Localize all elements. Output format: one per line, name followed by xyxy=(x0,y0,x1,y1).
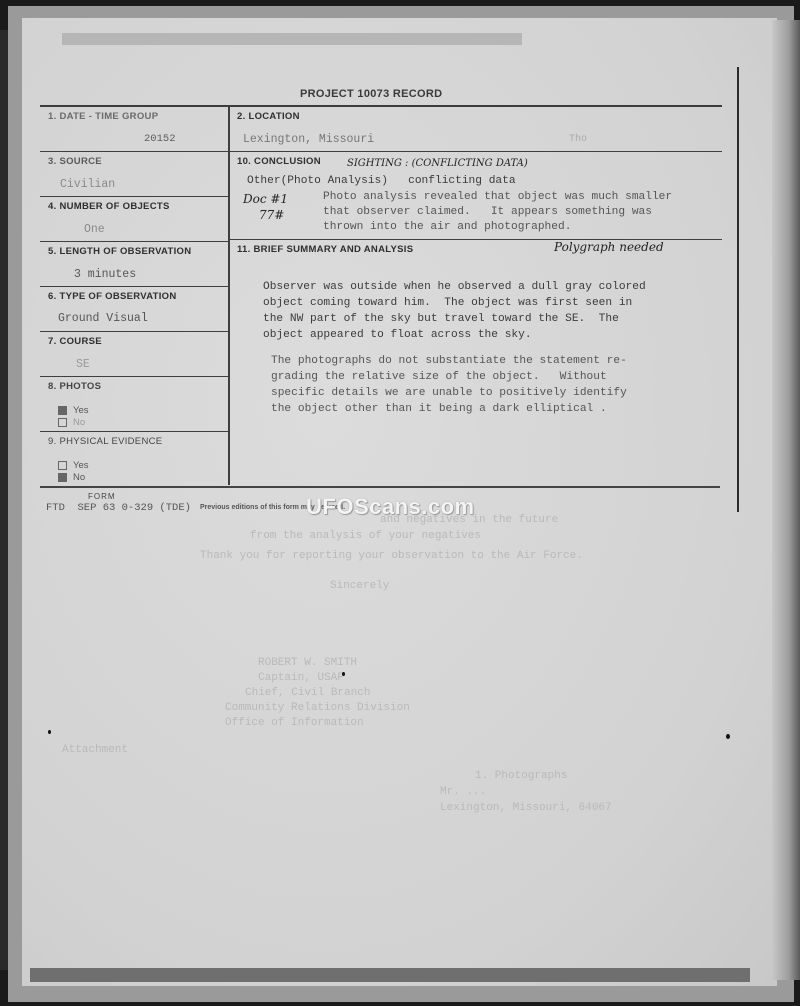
field-length-of-observation: 5. LENGTH OF OBSERVATION 3 minutes xyxy=(40,242,228,287)
summary-line: The photographs do not substantiate the … xyxy=(271,354,627,370)
photos-option-no[interactable]: No xyxy=(58,417,85,428)
field-value: Lexington, Missouri xyxy=(243,133,374,146)
summary-line: the object other than it being a dark el… xyxy=(271,402,607,418)
conclusion-line: Photo analysis revealed that object was … xyxy=(323,190,672,206)
field-date-time-group: 1. DATE - TIME GROUP 20152 xyxy=(40,107,228,152)
handwritten-margin-note: 77# xyxy=(259,208,284,222)
field-label: 2. LOCATION xyxy=(237,111,300,122)
field-label: 3. SOURCE xyxy=(48,156,102,167)
field-value: 20152 xyxy=(144,133,176,145)
page-top-shadow xyxy=(62,33,522,45)
ghost-line: Thank you for reporting your observation… xyxy=(200,548,583,564)
handwritten-margin-note: Doc #1 xyxy=(243,192,288,206)
watermark: UFOScans.com xyxy=(306,494,475,520)
form-title: PROJECT 10073 RECORD xyxy=(300,88,442,100)
ghost-attach: 1. Photographs xyxy=(475,768,567,784)
photos-option-yes[interactable]: Yes xyxy=(58,405,89,416)
ghost-line: Sincerely xyxy=(330,578,389,594)
form-number: FTD SEP 63 0-329 (TDE) xyxy=(46,502,191,514)
conclusion-line: Other(Photo Analysis) conflicting data xyxy=(247,174,516,190)
form-border-bottom xyxy=(40,486,720,488)
field-value: SE xyxy=(76,358,90,371)
checkbox-checked-icon xyxy=(58,473,67,482)
checkbox-icon xyxy=(58,418,67,427)
summary-line: specific details we are unable to positi… xyxy=(271,386,627,402)
field-value: Ground Visual xyxy=(58,312,148,325)
field-label: 4. NUMBER OF OBJECTS xyxy=(48,201,170,212)
scan-speck xyxy=(342,672,345,676)
field-physical-evidence: 9. PHYSICAL EVIDENCE Yes No xyxy=(40,432,228,487)
field-conclusion: 10. CONCLUSION SIGHTING : (CONFLICTING D… xyxy=(229,152,722,240)
field-value: Civilian xyxy=(60,178,115,191)
ghost-sig: Community Relations Division xyxy=(225,700,410,716)
summary-line: object appeared to float across the sky. xyxy=(263,328,532,344)
form-label: FORM xyxy=(88,492,116,501)
summary-line: the NW part of the sky but travel toward… xyxy=(263,312,619,328)
scan-right-edge xyxy=(772,20,800,980)
conclusion-line: that observer claimed. It appears someth… xyxy=(323,205,652,221)
field-source: 3. SOURCE Civilian xyxy=(40,152,228,197)
field-number-of-objects: 4. NUMBER OF OBJECTS One xyxy=(40,197,228,242)
summary-line: Observer was outside when he observed a … xyxy=(263,280,646,296)
scan-speck xyxy=(48,730,51,734)
checkbox-checked-icon xyxy=(58,406,67,415)
field-value: One xyxy=(84,223,105,236)
record-form: 1. DATE - TIME GROUP 20152 3. SOURCE Civ… xyxy=(40,105,722,487)
field-brief-summary: 11. BRIEF SUMMARY AND ANALYSIS Polygraph… xyxy=(229,240,722,487)
ghost-sig: ROBERT W. SMITH xyxy=(258,655,357,671)
field-label: 5. LENGTH OF OBSERVATION xyxy=(48,246,191,257)
field-label: 7. COURSE xyxy=(48,336,102,347)
field-photos: 8. PHOTOS Yes No xyxy=(40,377,228,432)
scan-speck xyxy=(726,734,730,739)
ghost-sig: Chief, Civil Branch xyxy=(245,685,370,701)
field-label: 1. DATE - TIME GROUP xyxy=(48,111,158,122)
ghost-attach: Lexington, Missouri, 64067 xyxy=(440,800,612,816)
checkbox-icon xyxy=(58,461,67,470)
field-label: 8. PHOTOS xyxy=(48,381,101,392)
field-label: 6. TYPE OF OBSERVATION xyxy=(48,291,177,302)
evidence-option-no[interactable]: No xyxy=(58,472,85,483)
ghost-attach: Mr. ... xyxy=(440,784,486,800)
form-column-divider xyxy=(228,105,230,485)
ghost-sig: Captain, USAF xyxy=(258,670,344,686)
field-label: 9. PHYSICAL EVIDENCE xyxy=(48,436,162,447)
evidence-option-yes[interactable]: Yes xyxy=(58,460,89,471)
form-border-right xyxy=(737,67,739,512)
summary-line: grading the relative size of the object.… xyxy=(271,370,607,386)
summary-line: object coming toward him. The object was… xyxy=(263,296,632,312)
field-type-of-observation: 6. TYPE OF OBSERVATION Ground Visual xyxy=(40,287,228,332)
ghost-attach: Attachment xyxy=(62,742,128,758)
ghost-sig: Office of Information xyxy=(225,715,364,731)
ghost-line: from the analysis of your negatives xyxy=(250,528,481,544)
field-label: 10. CONCLUSION xyxy=(237,156,321,167)
field-course: 7. COURSE SE xyxy=(40,332,228,377)
conclusion-line: thrown into the air and photographed. xyxy=(323,220,571,236)
handwritten-annotation: Polygraph needed xyxy=(554,240,664,254)
field-location: 2. LOCATION Lexington, Missouri Tho xyxy=(229,107,722,152)
handwritten-annotation: SIGHTING : (CONFLICTING DATA) xyxy=(347,158,528,169)
page-bottom-shadow xyxy=(30,968,750,982)
field-label: 11. BRIEF SUMMARY AND ANALYSIS xyxy=(237,244,413,255)
field-value: 3 minutes xyxy=(74,268,136,281)
field-value-extra: Tho xyxy=(569,134,587,145)
